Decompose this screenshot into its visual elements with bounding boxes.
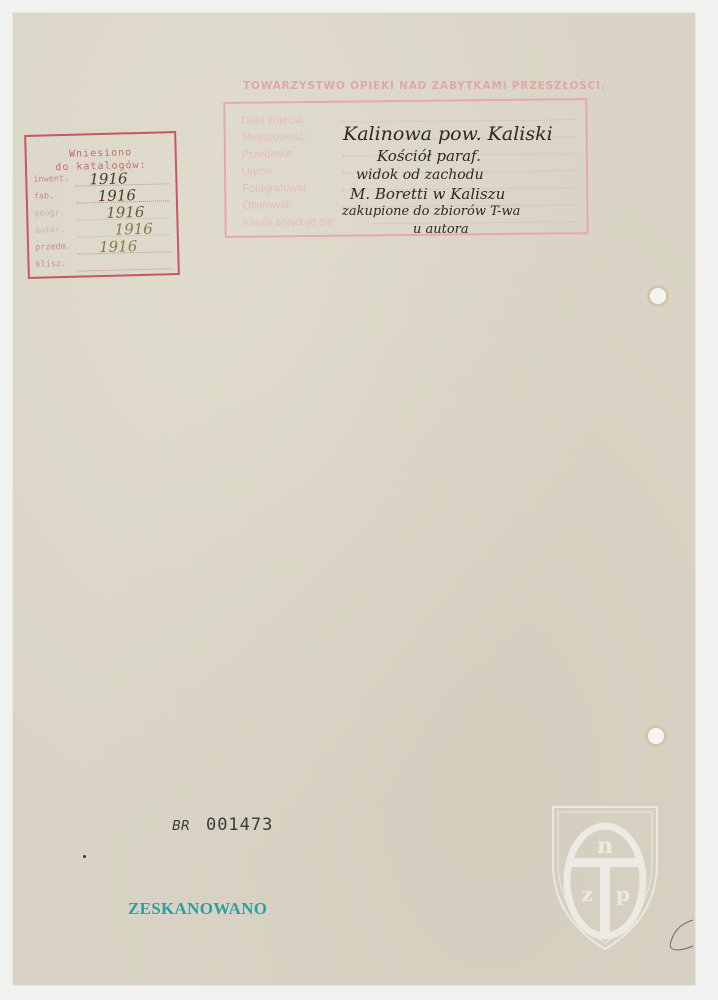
field-label: Data zdjęcia: — [241, 114, 305, 127]
scanned-stamp: ZESKANOWANO — [128, 899, 267, 919]
field-label: Przedmiot: — [242, 148, 295, 161]
svg-text:z: z — [581, 882, 592, 906]
dotted-line — [78, 268, 172, 271]
catalog-row-label: inwent. — [33, 174, 69, 185]
shield-monogram-icon: n z p — [549, 803, 661, 953]
catalog-number: BR001473 — [172, 815, 273, 835]
field-label: Klisza znajduje się: — [243, 216, 337, 229]
catalog-number-prefix: BR — [172, 819, 190, 834]
handwritten-subject: Kościół paraf. — [377, 147, 481, 165]
catalog-number-value: 001473 — [206, 815, 273, 835]
punch-hole-top — [650, 288, 666, 304]
handwritten-place: Kalinowa pow. Kaliski — [343, 123, 553, 145]
catalog-stamp: Wniesiono do katalogów: inwent. 1916 fab… — [24, 131, 180, 279]
ink-dot — [83, 855, 86, 858]
handwritten-donor: zakupione do zbiorów T-wa — [342, 204, 520, 219]
catalog-row-label: klisz. — [35, 259, 66, 270]
punch-hole-bottom — [648, 728, 664, 744]
catalog-row-value: 1916 — [99, 237, 138, 256]
dotted-line — [373, 221, 577, 224]
field-label: Fotografował: — [242, 182, 309, 195]
pencil-mark — [667, 918, 697, 954]
society-stamp-title: TOWARZYSTWO OPIEKI NAD ZABYTKAMI PRZESZŁ… — [243, 80, 603, 92]
handwritten-view: widok od zachodu — [356, 167, 484, 183]
catalog-row-label: przedm. — [35, 242, 71, 253]
catalog-row-label: fab. — [34, 191, 55, 202]
handwritten-negative: u autora — [413, 222, 469, 237]
svg-text:n: n — [597, 833, 613, 859]
field-label: Ofiarował: — [242, 199, 292, 212]
svg-text:p: p — [616, 882, 630, 906]
field-label: Miejscowość: — [242, 131, 308, 144]
catalog-row-value: 1916 — [114, 220, 153, 239]
catalog-row-klisz: klisz. — [29, 256, 177, 277]
field-label: Ujęcie: — [242, 165, 276, 177]
handwritten-photographer: M. Boretti w Kaliszu — [350, 185, 505, 203]
